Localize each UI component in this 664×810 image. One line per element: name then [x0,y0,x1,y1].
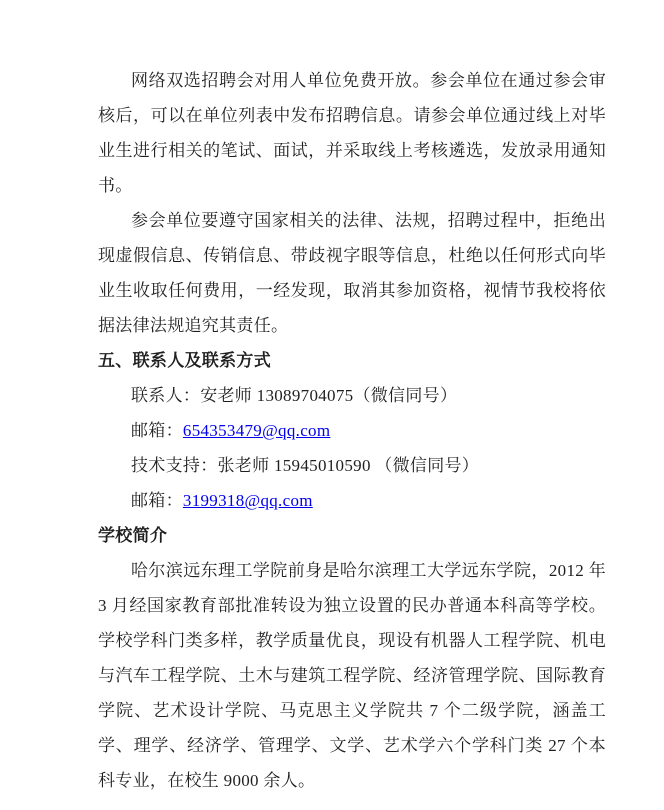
email-link-1[interactable]: 654353479@qq.com [183,421,330,440]
document-page: 网络双选招聘会对用人单位免费开放。参会单位在通过参会审核后，可以在单位列表中发布… [0,0,664,810]
heading-school-intro: 学校简介 [98,518,606,553]
email-line-2: 邮箱：3199318@qq.com [98,483,606,518]
contact-person-line: 联系人：安老师 13089704075（微信同号） [98,378,606,413]
heading-contacts: 五、联系人及联系方式 [98,343,606,378]
paragraph-recruitment-open: 网络双选招聘会对用人单位免费开放。参会单位在通过参会审核后，可以在单位列表中发布… [98,63,606,203]
email-line-1: 邮箱：654353479@qq.com [98,413,606,448]
email-label-2: 邮箱： [131,491,183,510]
paragraph-recruitment-rules: 参会单位要遵守国家相关的法律、法规，招聘过程中，拒绝出现虚假信息、传销信息、带歧… [98,203,606,343]
paragraph-school-intro: 哈尔滨远东理工学院前身是哈尔滨理工大学远东学院，2012 年 3 月经国家教育部… [98,553,606,798]
email-label-1: 邮箱： [131,421,183,440]
email-link-2[interactable]: 3199318@qq.com [183,491,313,510]
tech-support-line: 技术支持：张老师 15945010590 （微信同号） [98,448,606,483]
